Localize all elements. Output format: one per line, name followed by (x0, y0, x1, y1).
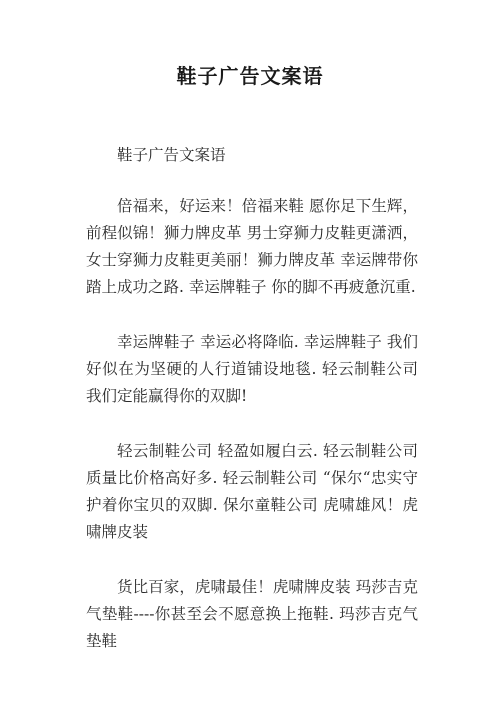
paragraph-1: 倍福来，好运来！倍福来鞋 愿你足下生辉，前程似锦！狮力牌皮革 男士穿狮力皮鞋更潇… (86, 193, 418, 301)
document-title: 鞋子广告文案语 (0, 60, 500, 89)
paragraph-4: 货比百家，虎啸最佳！虎啸牌皮装 玛莎吉克气垫鞋----你甚至会不愿意换上拖鞋. … (86, 574, 418, 655)
document-subtitle: 鞋子广告文案语 (86, 142, 418, 169)
paragraph-3: 轻云制鞋公司 轻盈如履白云. 轻云制鞋公司质量比价格高好多. 轻云制鞋公司 “保… (86, 438, 418, 546)
paragraph-2: 幸运牌鞋子 幸运必将降临. 幸运牌鞋子 我们好似在为坚硬的人行道铺设地毯. 轻云… (86, 329, 418, 410)
document-body: 鞋子广告文案语 倍福来，好运来！倍福来鞋 愿你足下生辉，前程似锦！狮力牌皮革 男… (86, 142, 418, 683)
document-page: 鞋子广告文案语 鞋子广告文案语 倍福来，好运来！倍福来鞋 愿你足下生辉，前程似锦… (0, 0, 500, 707)
